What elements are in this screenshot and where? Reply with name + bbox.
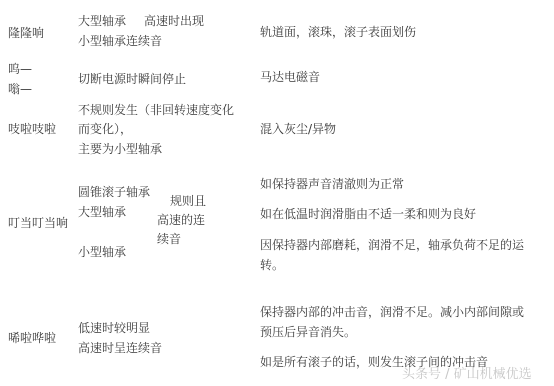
cause-text: 预压后异音消失。	[260, 323, 356, 341]
characteristic-text: 续音	[157, 230, 181, 248]
sound-label-hum-1: 呜—	[8, 60, 32, 78]
characteristic-text: 规则且	[170, 192, 206, 210]
characteristic-text: 而变化），	[78, 120, 132, 138]
sound-label-clang: 叮当叮当响	[8, 214, 68, 232]
characteristic-text: 小型轴承	[78, 243, 126, 261]
cause-text: 如保持器声音清澈则为正常	[260, 175, 404, 193]
characteristic-text: 大型轴承	[78, 12, 126, 30]
cause-text: 因保持器内部磨耗，润滑不足，轴承负荷不足的运	[260, 236, 524, 254]
characteristic-text: 高速时呈连续音	[78, 339, 162, 357]
characteristic-text: 不规则发生（非回转速度变化	[78, 101, 234, 119]
characteristic-text: 切断电源时瞬间停止	[78, 70, 186, 88]
cause-text: 保持器内部的冲击音，润滑不足。减小内部间隙或	[260, 303, 524, 321]
cause-text: 如在低温时润滑脂由不适一柔和则为良好	[260, 205, 476, 223]
characteristic-text: 大型轴承	[78, 203, 126, 221]
watermark: 头条号 / 矿山机械优选	[402, 366, 532, 384]
cause-text: 转。	[260, 256, 284, 274]
characteristic-text: 圆锥滚子轴承	[78, 183, 150, 201]
characteristic-text: 高速的连	[157, 211, 205, 229]
cause-text: 混入灰尘/异物	[260, 120, 336, 138]
cause-text: 马达电磁音	[260, 68, 320, 86]
sound-label-rattle: 唏啦哗啦	[8, 329, 56, 347]
sound-label-rumble: 隆隆响	[8, 24, 44, 42]
sound-label-squeak: 吱啦吱啦	[8, 120, 56, 138]
characteristic-text: 高速时出现	[144, 12, 204, 30]
characteristic-text: 主要为小型轴承	[78, 140, 162, 158]
characteristic-text: 小型轴承连续音	[78, 32, 162, 50]
cause-text: 轨道面，滚珠，滚子表面划伤	[260, 23, 416, 41]
characteristic-text: 低速时较明显	[78, 319, 150, 337]
sound-label-hum-2: 嗡—	[8, 80, 32, 98]
